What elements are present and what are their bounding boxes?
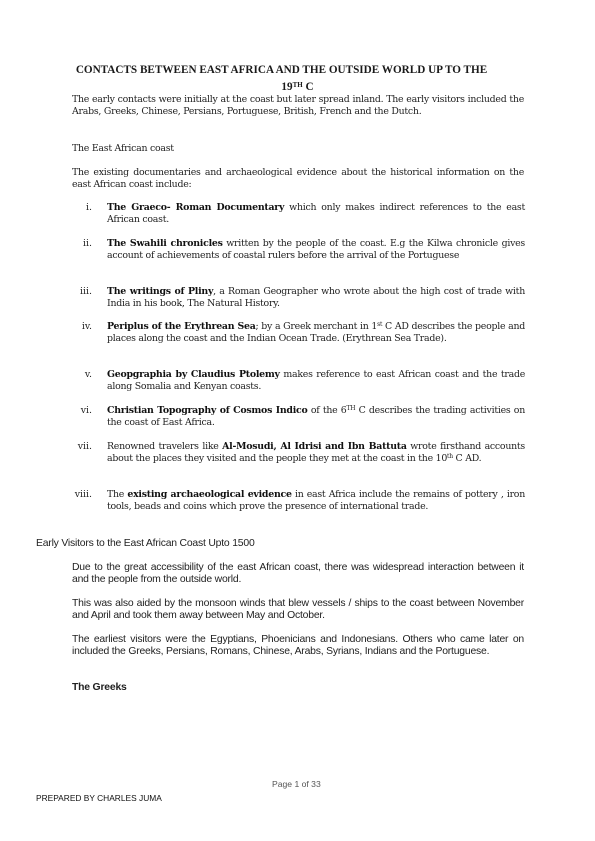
source-prefix: Renowned travelers like <box>107 441 222 452</box>
list-number: i. <box>60 202 92 214</box>
ordinal-sup: TH <box>347 405 356 412</box>
list-text: The Graeco- Roman Documentary which only… <box>107 202 525 225</box>
page-number: Page 1 of 33 <box>272 779 321 789</box>
list-number: iii. <box>60 286 92 298</box>
source-description: of the 6 <box>308 405 347 416</box>
list-text: The existing archaeological evidence in … <box>107 489 525 512</box>
source-title: The writings of Pliny <box>107 286 213 297</box>
section-heading-greeks: The Greeks <box>72 682 127 694</box>
source-description-cont: C AD. <box>453 453 482 464</box>
source-title: Christian Topography of Cosmos Indico <box>107 405 308 416</box>
list-number: v. <box>60 369 92 381</box>
prepared-by: PREPARED BY CHARLES JUMA <box>36 793 162 803</box>
list-text: Periplus of the Erythrean Sea; by a Gree… <box>107 321 525 344</box>
list-text: Christian Topography of Cosmos Indico of… <box>107 405 525 428</box>
list-number: ii. <box>60 238 92 250</box>
section2-paragraph: This was also aided by the monsoon winds… <box>72 598 524 621</box>
section-intro-paragraph: The existing documentaries and archaeolo… <box>72 167 524 190</box>
source-description: ; by a Greek merchant in 1 <box>256 321 378 332</box>
source-title: The Swahili chronicles <box>107 238 223 249</box>
intro-paragraph: The early contacts were initially at the… <box>72 94 524 117</box>
list-number: iv. <box>60 321 92 333</box>
document-title-line2: 19TH C <box>0 78 595 94</box>
source-title: Al-Mosudi, Al Idrisi and Ibn Battuta <box>222 441 407 452</box>
list-number: vi. <box>60 405 92 417</box>
list-number: viii. <box>60 489 92 501</box>
list-text: Renowned travelers like Al-Mosudi, Al Id… <box>107 441 525 464</box>
title-century-suffix: C <box>303 81 314 93</box>
source-title: The Graeco- Roman Documentary <box>107 202 284 213</box>
section2-paragraph: Due to the great accessibility of the ea… <box>72 562 524 585</box>
section2-paragraph: The earliest visitors were the Egyptians… <box>72 634 524 657</box>
document-title: CONTACTS BETWEEN EAST AFRICA AND THE OUT… <box>0 63 579 77</box>
source-title: Geopgraphia by Claudius Ptolemy <box>107 369 280 380</box>
list-text: Geopgraphia by Claudius Ptolemy makes re… <box>107 369 525 392</box>
list-text: The Swahili chronicles written by the pe… <box>107 238 525 261</box>
section-heading-east-african-coast: The East African coast <box>72 143 524 155</box>
source-title: Periplus of the Erythrean Sea <box>107 321 256 332</box>
section-heading-early-visitors: Early Visitors to the East African Coast… <box>36 538 536 550</box>
source-prefix: The <box>107 489 127 500</box>
list-text: The writings of Pliny, a Roman Geographe… <box>107 286 525 309</box>
title-century-number: 19 <box>281 81 292 93</box>
list-number: vii. <box>60 441 92 453</box>
source-title: existing archaeological evidence <box>127 489 291 500</box>
title-century-sup: TH <box>293 81 303 89</box>
